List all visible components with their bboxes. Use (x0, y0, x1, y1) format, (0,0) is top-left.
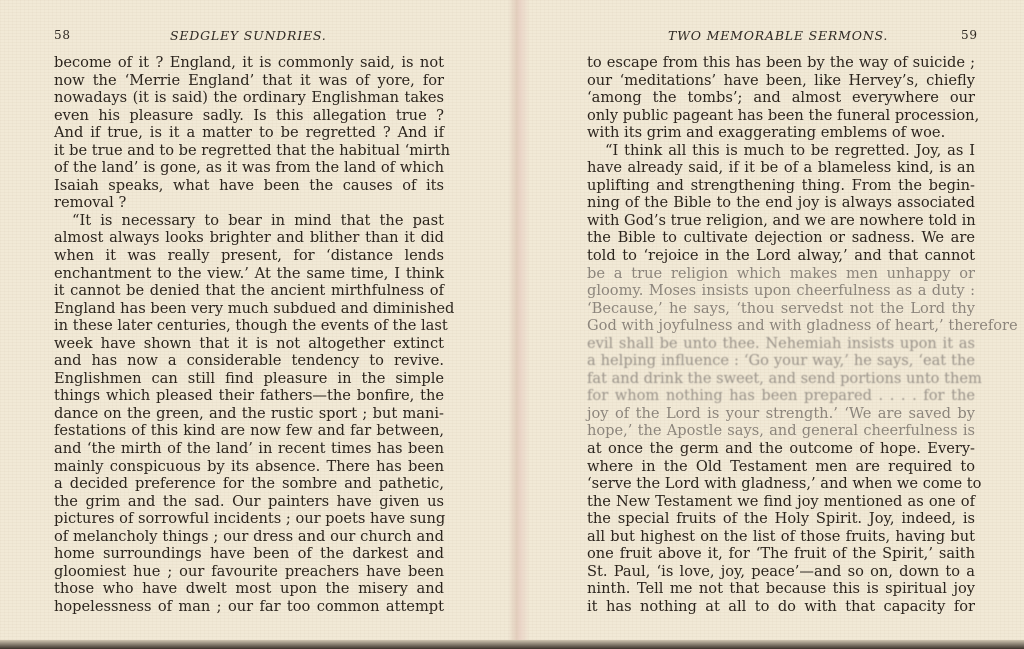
running-title-left: SEDGLEY SUNDRIES. (170, 28, 327, 44)
text-line: told to ‘rejoice in the Lord alway,’ and… (587, 247, 975, 265)
text-line: hope,’ the Apostle says, and general che… (587, 422, 975, 440)
text-line: hopelessness of man ; our far too common… (54, 598, 444, 616)
text-line: week have shown that it is not altogethe… (54, 335, 444, 353)
text-line: our ‘meditations’ have been, like Hervey… (587, 72, 975, 90)
text-line: one fruit above it, for ‘The fruit of th… (587, 545, 975, 563)
text-line: to escape from this has been by the way … (587, 54, 975, 72)
text-line: evil shall be unto thee. Nehemiah insist… (587, 335, 975, 353)
text-line: gloomy. Moses insists upon cheerfulness … (587, 282, 975, 300)
text-line: a helping influence : ‘Go your way,’ he … (587, 352, 975, 370)
text-line: it be true and to be regretted that the … (54, 142, 444, 160)
paragraph-start-line: “It is necessary to bear in mind that th… (54, 212, 444, 230)
text-line: uplifting and strengthening thing. From … (587, 177, 975, 195)
text-line: enchantment to the view.’ At the same ti… (54, 265, 444, 283)
text-line: things which pleased their fathers—the b… (54, 387, 444, 405)
text-line: removal ? (54, 194, 444, 212)
text-line: gloomiest hue ; our favourite preachers … (54, 563, 444, 581)
text-line: home surroundings have been of the darke… (54, 545, 444, 563)
right-page: TWO MEMORABLE SERMONS. 59 to escape from… (516, 0, 1024, 646)
text-line: in these later centuries, though the eve… (54, 317, 444, 335)
text-line: almost always looks brighter and blither… (54, 229, 444, 247)
book-bottom-edge (0, 640, 1024, 649)
text-line: nowadays (it is said) the ordinary Engli… (54, 89, 444, 107)
text-line: the New Testament we find joy mentioned … (587, 493, 975, 511)
body-text-left: become of it ? England, it is commonly s… (54, 54, 444, 616)
text-line: at once the germ and the outcome of hope… (587, 440, 975, 458)
text-line: fat and drink the sweet, and send portio… (587, 370, 975, 388)
text-line: England has been very much subdued and d… (54, 300, 444, 318)
text-line: ‘among the tombs’; and almost everywhere… (587, 89, 975, 107)
text-line: with God’s true religion, and we are now… (587, 212, 975, 230)
text-line: joy of the Lord is your strength.’ ‘We a… (587, 405, 975, 423)
text-line: ‘Because,’ he says, ‘thou servedst not t… (587, 300, 975, 318)
text-line: dance on the green, and the rustic sport… (54, 405, 444, 423)
text-line: even his pleasure sadly. Is this allegat… (54, 107, 444, 125)
text-line: the Bible to cultivate dejection or sadn… (587, 229, 975, 247)
text-line: God with joyfulness and with gladness of… (587, 317, 975, 335)
text-line: And if true, is it a matter to be regret… (54, 124, 444, 142)
text-line: festations of this kind are now few and … (54, 422, 444, 440)
text-line: ninth. Tell me not that because this is … (587, 580, 975, 598)
text-line: a decided preference for the sombre and … (54, 475, 444, 493)
running-title-right: TWO MEMORABLE SERMONS. (668, 28, 888, 44)
page-number-left: 58 (54, 28, 71, 44)
text-line: it cannot be denied that the ancient mir… (54, 282, 444, 300)
text-line: pictures of sorrowful incidents ; our po… (54, 510, 444, 528)
text-line: of melancholy things ; our dress and our… (54, 528, 444, 546)
text-line: it has nothing at all to do with that ca… (587, 598, 975, 616)
text-line: where in the Old Testament men are requi… (587, 458, 975, 476)
text-line: become of it ? England, it is commonly s… (54, 54, 444, 72)
text-line: for whom nothing has been prepared . . .… (587, 387, 975, 405)
text-line: now the ‘Merrie England’ that it was of … (54, 72, 444, 90)
text-line: with its grim and exaggerating emblems o… (587, 124, 975, 142)
book-gutter (508, 0, 530, 646)
text-line: Englishmen can still find pleasure in th… (54, 370, 444, 388)
text-line: ‘serve the Lord with gladness,’ and when… (587, 475, 975, 493)
book-spread: 58 SEDGLEY SUNDRIES. become of it ? Engl… (0, 0, 1024, 646)
body-text-right: to escape from this has been by the way … (587, 54, 975, 616)
text-line: be a true religion which makes men unhap… (587, 265, 975, 283)
text-line: St. Paul, ‘is love, joy, peace’—and so o… (587, 563, 975, 581)
text-line: Isaiah speaks, what have been the causes… (54, 177, 444, 195)
text-line: those who have dwelt most upon the miser… (54, 580, 444, 598)
text-line: of the land’ is gone, as it was from the… (54, 159, 444, 177)
text-line: the grim and the sad. Our painters have … (54, 493, 444, 511)
text-line: and has now a considerable tendency to r… (54, 352, 444, 370)
text-line: mainly conspicuous by its absence. There… (54, 458, 444, 476)
text-line: have already said, if it be of a blamele… (587, 159, 975, 177)
text-line: only public pageant has been the funeral… (587, 107, 975, 125)
text-line: when it was really present, for ‘distanc… (54, 247, 444, 265)
paragraph-start-line: “I think all this is much to be regrette… (587, 142, 975, 160)
text-line: the special fruits of the Holy Spirit. J… (587, 510, 975, 528)
text-line: ning of the Bible to the end joy is alwa… (587, 194, 975, 212)
text-line: and ‘the mirth of the land’ in recent ti… (54, 440, 444, 458)
text-line: all but highest on the list of those fru… (587, 528, 975, 546)
left-page: 58 SEDGLEY SUNDRIES. become of it ? Engl… (0, 0, 516, 646)
page-number-right: 59 (961, 28, 978, 44)
